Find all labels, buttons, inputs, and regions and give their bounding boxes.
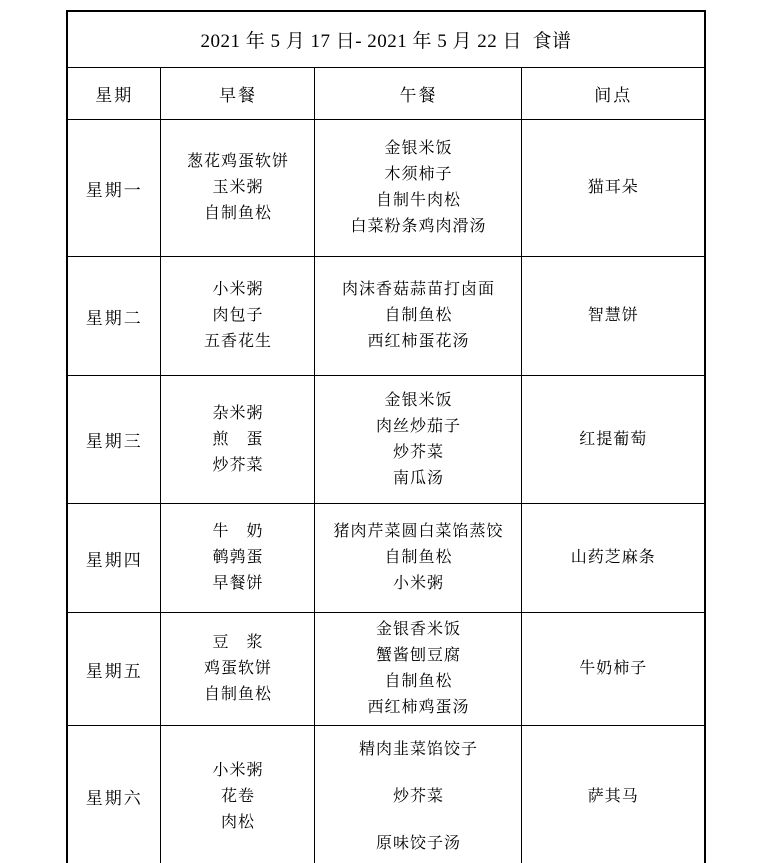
table-row-friday: 星期五 豆 浆 鸡蛋软饼 自制鱼松 金银香米饭 蟹酱刨豆腐 自制鱼松 西红柿鸡蛋… [67,613,705,726]
breakfast-cell: 葱花鸡蛋软饼 玉米粥 自制鱼松 [161,120,315,257]
table-row-wednesday: 星期三 杂米粥 煎 蛋 炒芥菜 金银米饭 肉丝炒茄子 炒芥菜 南瓜汤 红提葡萄 [67,376,705,504]
snack-cell: 猫耳朵 [522,120,705,257]
breakfast-cell: 牛 奶 鹌鹑蛋 早餐饼 [161,504,315,613]
table-row-monday: 星期一 葱花鸡蛋软饼 玉米粥 自制鱼松 金银米饭 木须柿子 自制牛肉松 白菜粉条… [67,120,705,257]
table-row-thursday: 星期四 牛 奶 鹌鹑蛋 早餐饼 猪肉芹菜圆白菜馅蒸饺 自制鱼松 小米粥 山药芝麻… [67,504,705,613]
snack-cell: 智慧饼 [522,257,705,376]
table-row-saturday: 星期六 小米粥 花卷 肉松 精肉韭菜馅饺子 炒芥菜 原味饺子汤 萨其马 [67,726,705,863]
day-cell: 星期六 [67,726,161,863]
lunch-cell: 金银米饭 肉丝炒茄子 炒芥菜 南瓜汤 [315,376,522,504]
col-header-snack: 间点 [522,68,705,120]
col-header-day: 星期 [67,68,161,120]
snack-cell: 红提葡萄 [522,376,705,504]
col-header-lunch: 午餐 [315,68,522,120]
lunch-cell: 肉沫香菇蒜苗打卤面 自制鱼松 西红柿蛋花汤 [315,257,522,376]
header-row: 星期 早餐 午餐 间点 [67,68,705,120]
day-cell: 星期一 [67,120,161,257]
table-row-tuesday: 星期二 小米粥 肉包子 五香花生 肉沫香菇蒜苗打卤面 自制鱼松 西红柿蛋花汤 智… [67,257,705,376]
snack-cell: 萨其马 [522,726,705,863]
day-cell: 星期二 [67,257,161,376]
breakfast-cell: 小米粥 肉包子 五香花生 [161,257,315,376]
snack-cell: 山药芝麻条 [522,504,705,613]
lunch-cell: 猪肉芹菜圆白菜馅蒸饺 自制鱼松 小米粥 [315,504,522,613]
snack-cell: 牛奶柿子 [522,613,705,726]
day-cell: 星期三 [67,376,161,504]
breakfast-cell: 杂米粥 煎 蛋 炒芥菜 [161,376,315,504]
breakfast-cell: 小米粥 花卷 肉松 [161,726,315,863]
col-header-breakfast: 早餐 [161,68,315,120]
lunch-cell: 金银香米饭 蟹酱刨豆腐 自制鱼松 西红柿鸡蛋汤 [315,613,522,726]
day-cell: 星期五 [67,613,161,726]
lunch-cell: 金银米饭 木须柿子 自制牛肉松 白菜粉条鸡肉滑汤 [315,120,522,257]
lunch-cell: 精肉韭菜馅饺子 炒芥菜 原味饺子汤 [315,726,522,863]
breakfast-cell: 豆 浆 鸡蛋软饼 自制鱼松 [161,613,315,726]
table-title: 2021 年 5 月 17 日- 2021 年 5 月 22 日 食谱 [67,11,705,68]
title-row: 2021 年 5 月 17 日- 2021 年 5 月 22 日 食谱 [67,11,705,68]
meal-schedule-table: 2021 年 5 月 17 日- 2021 年 5 月 22 日 食谱 星期 早… [66,10,706,863]
day-cell: 星期四 [67,504,161,613]
